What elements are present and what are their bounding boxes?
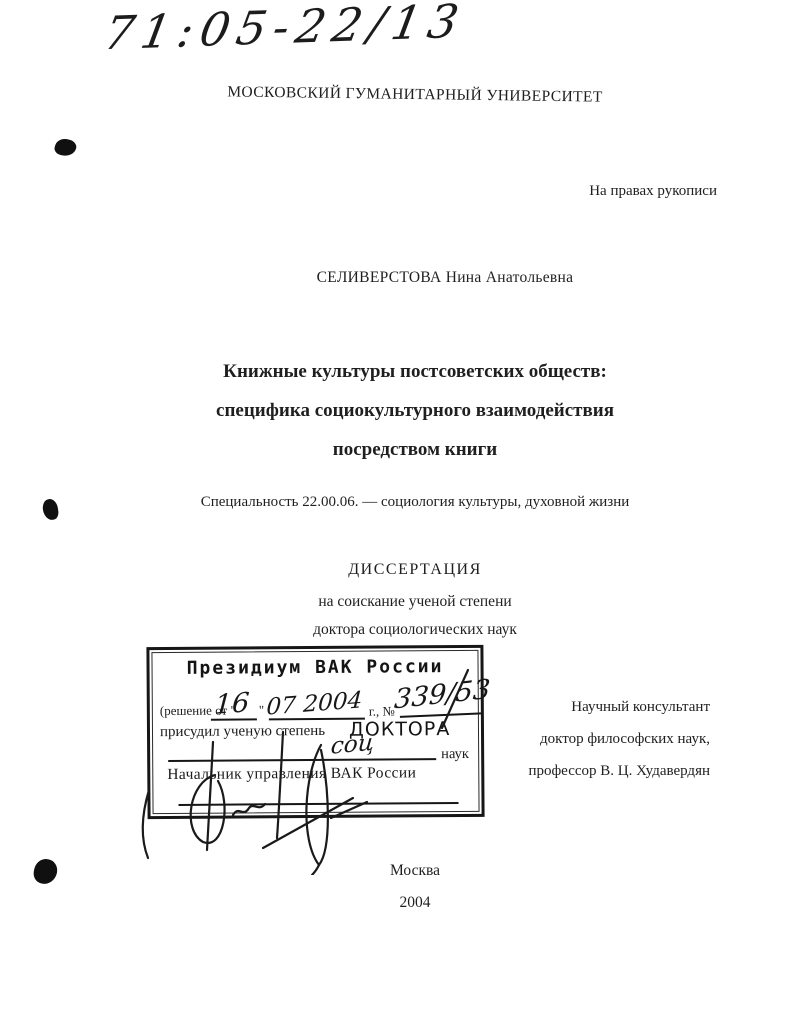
author-name: СЕЛИВЕРСТОВА Нина Анатольевна xyxy=(70,269,795,287)
dissertation-label: ДИССЕРТАЦИЯ xyxy=(40,561,790,579)
title-line-3: посредством книги xyxy=(40,430,790,469)
speciality-line: Специальность 22.00.06. — социология кул… xyxy=(40,494,790,511)
university-name: МОСКОВСКИЙ ГУМАНИТАРНЫЙ УНИВЕРСИТЕТ xyxy=(40,81,790,109)
consultant-block: Научный консультант доктор философских н… xyxy=(528,691,710,787)
consultant-name: профессор В. Ц. Худавердян xyxy=(528,755,710,787)
scanned-title-page: { "page": { "call_number": "71:05-22/13"… xyxy=(0,0,795,1012)
dissertation-title: Книжные культуры постсоветских обществ: … xyxy=(40,352,790,469)
degree-field-line: доктора социологических наук xyxy=(40,621,790,639)
manuscript-note: На правах рукописи xyxy=(589,183,717,200)
consultant-degree: доктор философских наук, xyxy=(528,723,710,755)
signature xyxy=(135,660,485,875)
title-line-1: Книжные культуры постсоветских обществ: xyxy=(40,352,790,391)
title-line-2: специфика социокультурного взаимодействи… xyxy=(40,391,790,430)
degree-seeking-line: на соискание ученой степени xyxy=(40,593,790,611)
call-number-handwritten: 71:05-22/13 xyxy=(100,0,470,60)
consultant-label: Научный консультант xyxy=(528,691,710,723)
ink-blob xyxy=(53,137,78,159)
year-line: 2004 xyxy=(40,894,790,912)
